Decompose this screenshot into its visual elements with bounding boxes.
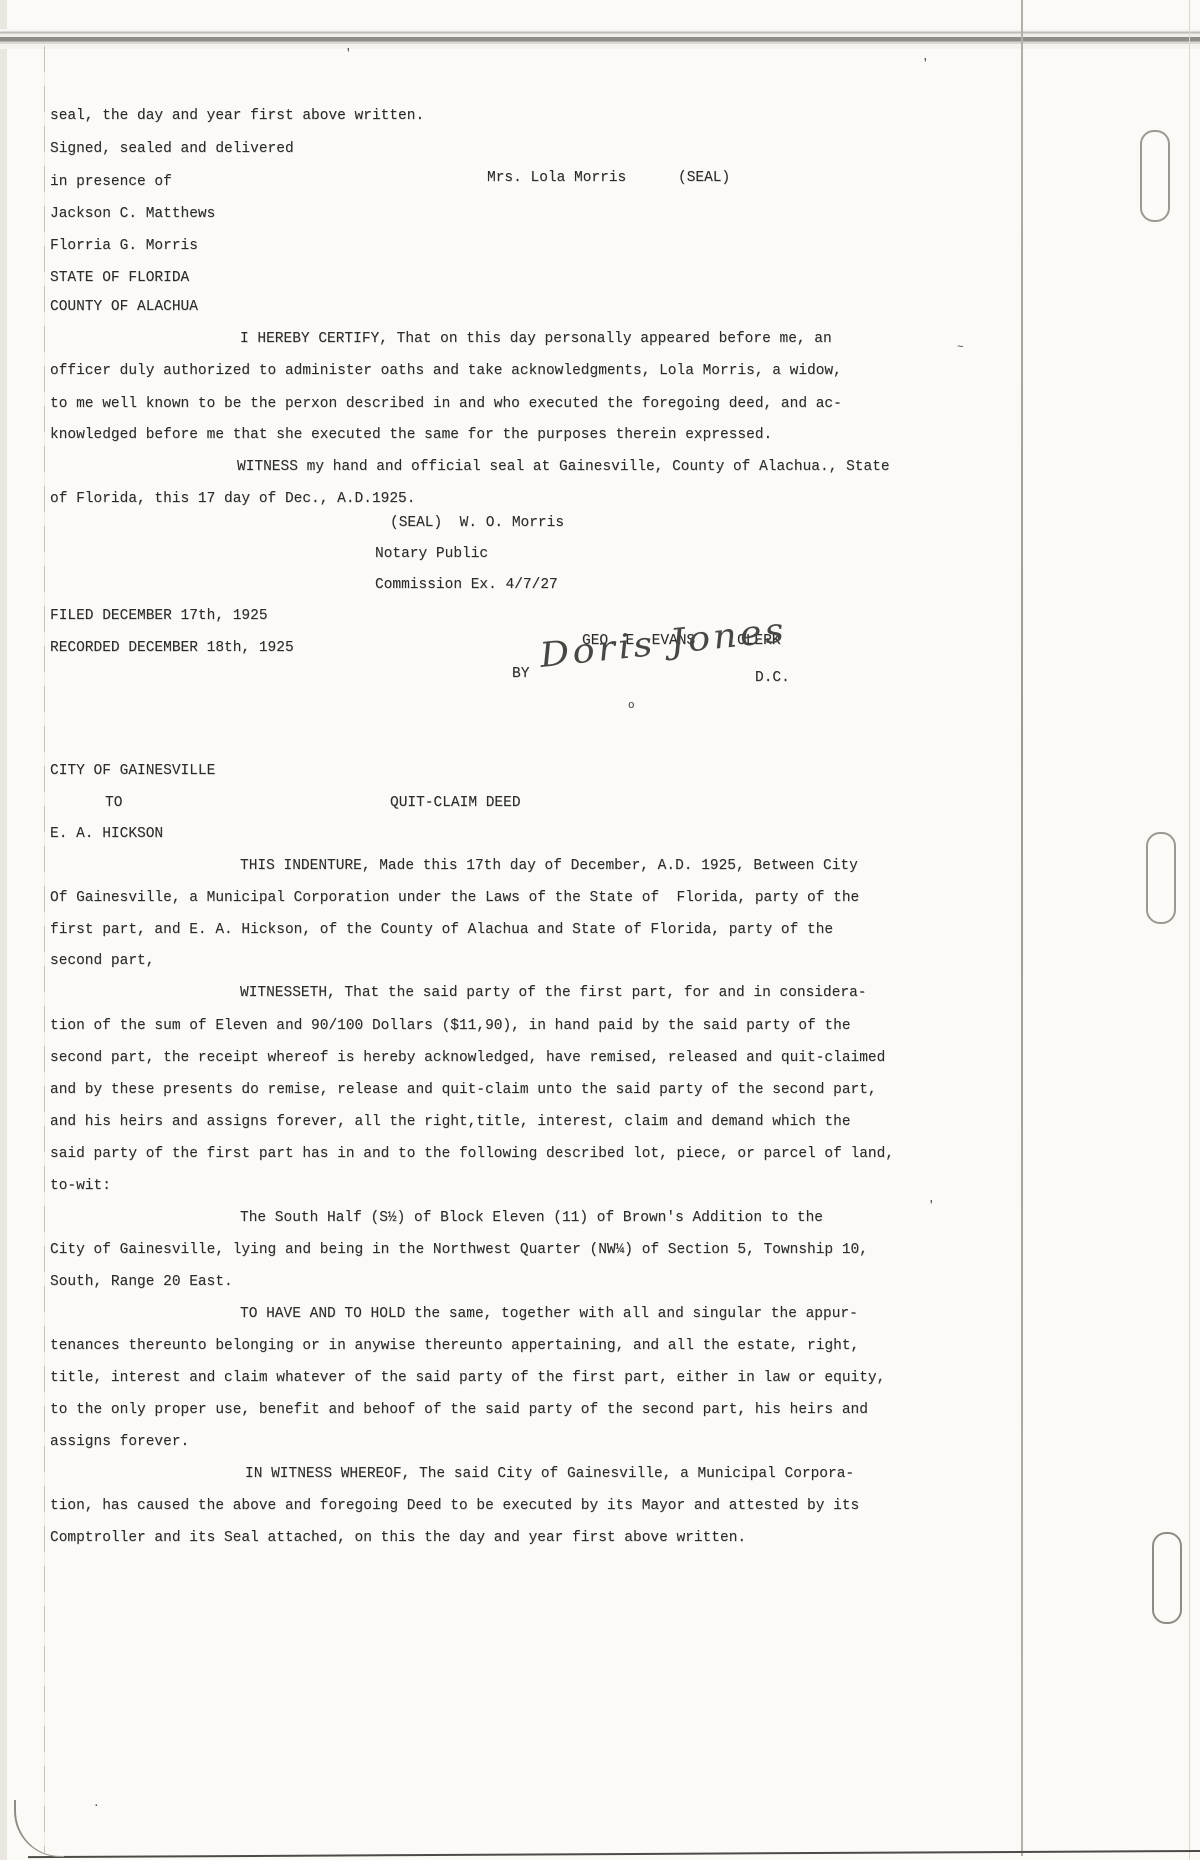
document-text-line: first part, and E. A. Hickson, of the Co… <box>50 922 833 938</box>
page-left-edge-shading <box>0 0 7 1860</box>
stray-scan-mark: ' <box>922 58 929 70</box>
document-text-line: to me well known to be the perxon descri… <box>50 396 842 412</box>
document-text-line: (SEAL) W. O. Morris <box>390 515 564 531</box>
document-text-line: CITY OF GAINESVILLE <box>50 763 215 779</box>
document-text-line: tion, has caused the above and foregoing… <box>50 1498 859 1514</box>
document-text-line: E. A. HICKSON <box>50 826 163 842</box>
document-text-line: to-wit: <box>50 1178 111 1194</box>
bottom-scan-line <box>28 1850 1200 1858</box>
left-margin-rule <box>44 46 45 1854</box>
document-text-line: seal, the day and year first above writt… <box>50 108 424 124</box>
document-text-line: The South Half (S½) of Block Eleven (11)… <box>240 1210 823 1226</box>
document-text-line: Comptroller and its Seal attached, on th… <box>50 1530 746 1546</box>
bottom-left-page-curl <box>14 1800 64 1857</box>
document-text-line: QUIT-CLAIM DEED <box>390 795 521 811</box>
stray-scan-mark: o <box>628 700 635 712</box>
stray-scan-mark: . <box>93 1798 100 1810</box>
document-text-line: WITNESSETH, That the said party of the f… <box>240 985 867 1001</box>
document-text-line: South, Range 20 East. <box>50 1274 233 1290</box>
document-text-line: second part, <box>50 953 154 969</box>
document-text-line: TO HAVE AND TO HOLD the same, together w… <box>240 1306 858 1322</box>
document-text-line: and his heirs and assigns forever, all t… <box>50 1114 851 1130</box>
right-margin-rule <box>1021 0 1023 1856</box>
document-text-line: Jackson C. Matthews <box>50 206 215 222</box>
binder-hole-top <box>1140 130 1170 222</box>
document-text-line: City of Gainesville, lying and being in … <box>50 1242 868 1258</box>
document-text-line: Mrs. Lola Morris <box>487 170 626 186</box>
document-text-line: D.C. <box>755 670 790 686</box>
binder-hole-middle <box>1146 832 1176 924</box>
document-text-line: to the only proper use, benefit and beho… <box>50 1402 868 1418</box>
stray-scan-mark: ~ <box>957 342 964 354</box>
document-text-line: second part, the receipt whereof is here… <box>50 1050 885 1066</box>
document-text-line: FILED DECEMBER 17th, 1925 <box>50 608 268 624</box>
document-text-line: THIS INDENTURE, Made this 17th day of De… <box>240 858 858 874</box>
stray-scan-mark: ' <box>928 1200 935 1212</box>
document-text-line: (SEAL) <box>678 170 730 186</box>
document-text-line: STATE OF FLORIDA <box>50 270 189 286</box>
document-text-line: Notary Public <box>375 546 488 562</box>
document-text-line: in presence of <box>50 174 172 190</box>
scan-edge-band <box>0 29 1200 49</box>
document-text-line: BY <box>512 666 529 682</box>
document-text-line: Commission Ex. 4/7/27 <box>375 577 558 593</box>
document-text-line: Of Gainesville, a Municipal Corporation … <box>50 890 859 906</box>
scanned-deed-page: seal, the day and year first above writt… <box>0 0 1200 1860</box>
document-text-line: tenances thereunto belonging or in anywi… <box>50 1338 859 1354</box>
document-text-line: WITNESS my hand and official seal at Gai… <box>237 459 890 475</box>
clerk-deputy-signature: Doris Jones <box>538 610 789 676</box>
document-text-line: knowledged before me that she executed t… <box>50 427 772 443</box>
document-text-line: tion of the sum of Eleven and 90/100 Dol… <box>50 1018 851 1034</box>
document-text-line: COUNTY OF ALACHUA <box>50 299 198 315</box>
document-text-line: and by these presents do remise, release… <box>50 1082 877 1098</box>
far-right-faint-rule <box>1189 0 1190 1860</box>
binder-hole-bottom <box>1152 1532 1182 1624</box>
document-text-line: RECORDED DECEMBER 18th, 1925 <box>50 640 294 656</box>
document-text-line: assigns forever. <box>50 1434 189 1450</box>
document-text-line: said party of the first part has in and … <box>50 1146 894 1162</box>
stray-scan-mark: ' <box>345 48 352 60</box>
document-text-line: Signed, sealed and delivered <box>50 141 294 157</box>
document-text-line: Florria G. Morris <box>50 238 198 254</box>
document-text-line: officer duly authorized to administer oa… <box>50 363 842 379</box>
document-text-line: TO <box>105 795 122 811</box>
document-text-line: title, interest and claim whatever of th… <box>50 1370 885 1386</box>
document-text-line: of Florida, this 17 day of Dec., A.D.192… <box>50 491 415 507</box>
document-text-line: I HEREBY CERTIFY, That on this day perso… <box>240 331 832 347</box>
document-text-line: IN WITNESS WHEREOF, The said City of Gai… <box>245 1466 854 1482</box>
